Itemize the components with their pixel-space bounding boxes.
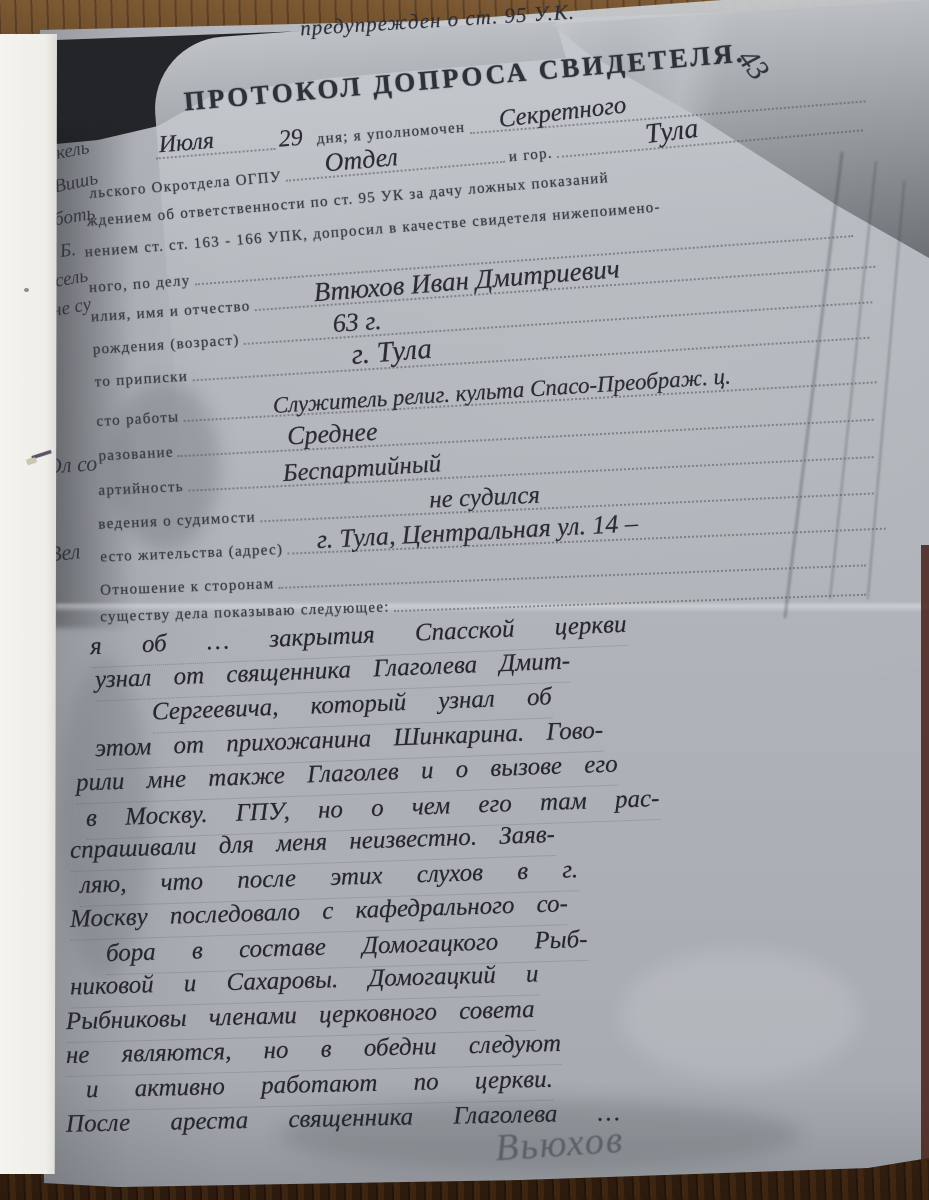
document-photo: предупрежден о ст. 95 У.К. 43 ПРОТОКОЛ Д… <box>0 0 929 1200</box>
scan-smudge <box>620 950 860 1080</box>
hw-city: Тула <box>644 113 701 151</box>
table-edge-sliver <box>921 545 929 1160</box>
hw-day: 29 <box>278 125 304 154</box>
hw-otdel: Отдел <box>323 142 399 178</box>
field-value: не судился <box>429 482 541 515</box>
field-value: г. Тула <box>350 333 433 372</box>
paper-speck <box>24 288 29 292</box>
signature: Вьюхов <box>494 1118 626 1171</box>
field-value: 63 г. <box>332 306 383 339</box>
white-paper-strip <box>0 34 57 1174</box>
margin-handwriting-fragment: Б. <box>59 239 78 263</box>
hw-month: Июля <box>158 128 215 159</box>
field-value: Среднее <box>286 417 378 452</box>
